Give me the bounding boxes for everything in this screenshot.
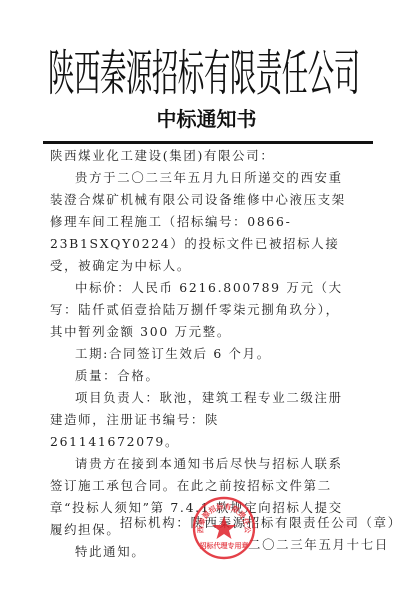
header-char: 责 [256, 40, 280, 108]
seal-icon: 陕西秦源招标有限责任公司 招标代理专用章 [192, 496, 256, 560]
paragraph-project-manager: 项目负责人：耿池，建筑工程专业二级注册建造师，注册证书编号：陕 26114167… [50, 387, 350, 453]
header-char: 西 [74, 40, 98, 108]
seal-inner-text: 招标代理专用章 [199, 541, 249, 550]
header-char: 陕 [48, 40, 72, 108]
header-char: 有 [204, 40, 228, 108]
paragraph-acceptance: 贵方于二〇二三年五月九日所递交的西安重装澄合煤矿机械有限公司设备维修中心液压支架… [50, 167, 350, 277]
header-char: 公 [308, 40, 332, 108]
signature-date: 二〇二三年五月十七日 [248, 534, 389, 556]
document-title: 中标通知书 [0, 106, 413, 132]
paragraph-price: 中标价：人民币 6216.800789 万元（大写：陆仟贰佰壹拾陆万捌仟零柒元捌… [50, 277, 350, 343]
header-char: 司 [334, 40, 358, 108]
header-char: 秦 [100, 40, 124, 108]
paragraph-duration: 工期:合同签订生效后 6 个月。 [50, 343, 350, 365]
header-char: 限 [230, 40, 254, 108]
header-char: 任 [282, 40, 306, 108]
agency-signature: 招标机构：陕西秦源招标有限责任公司（章） [120, 512, 402, 534]
seal-star [212, 516, 236, 539]
official-seal: 陕西秦源招标有限责任公司 招标代理专用章 [192, 496, 256, 560]
header-char: 招 [152, 40, 176, 108]
header-rule [43, 141, 373, 144]
company-header: 陕 西 秦 源 招 标 有 限 责 任 公 司 [48, 40, 358, 108]
header-char: 标 [178, 40, 202, 108]
recipient-line: 陕西煤业化工建设(集团)有限公司： [50, 145, 350, 167]
header-char: 源 [126, 40, 150, 108]
paragraph-quality: 质量：合格。 [50, 365, 350, 387]
